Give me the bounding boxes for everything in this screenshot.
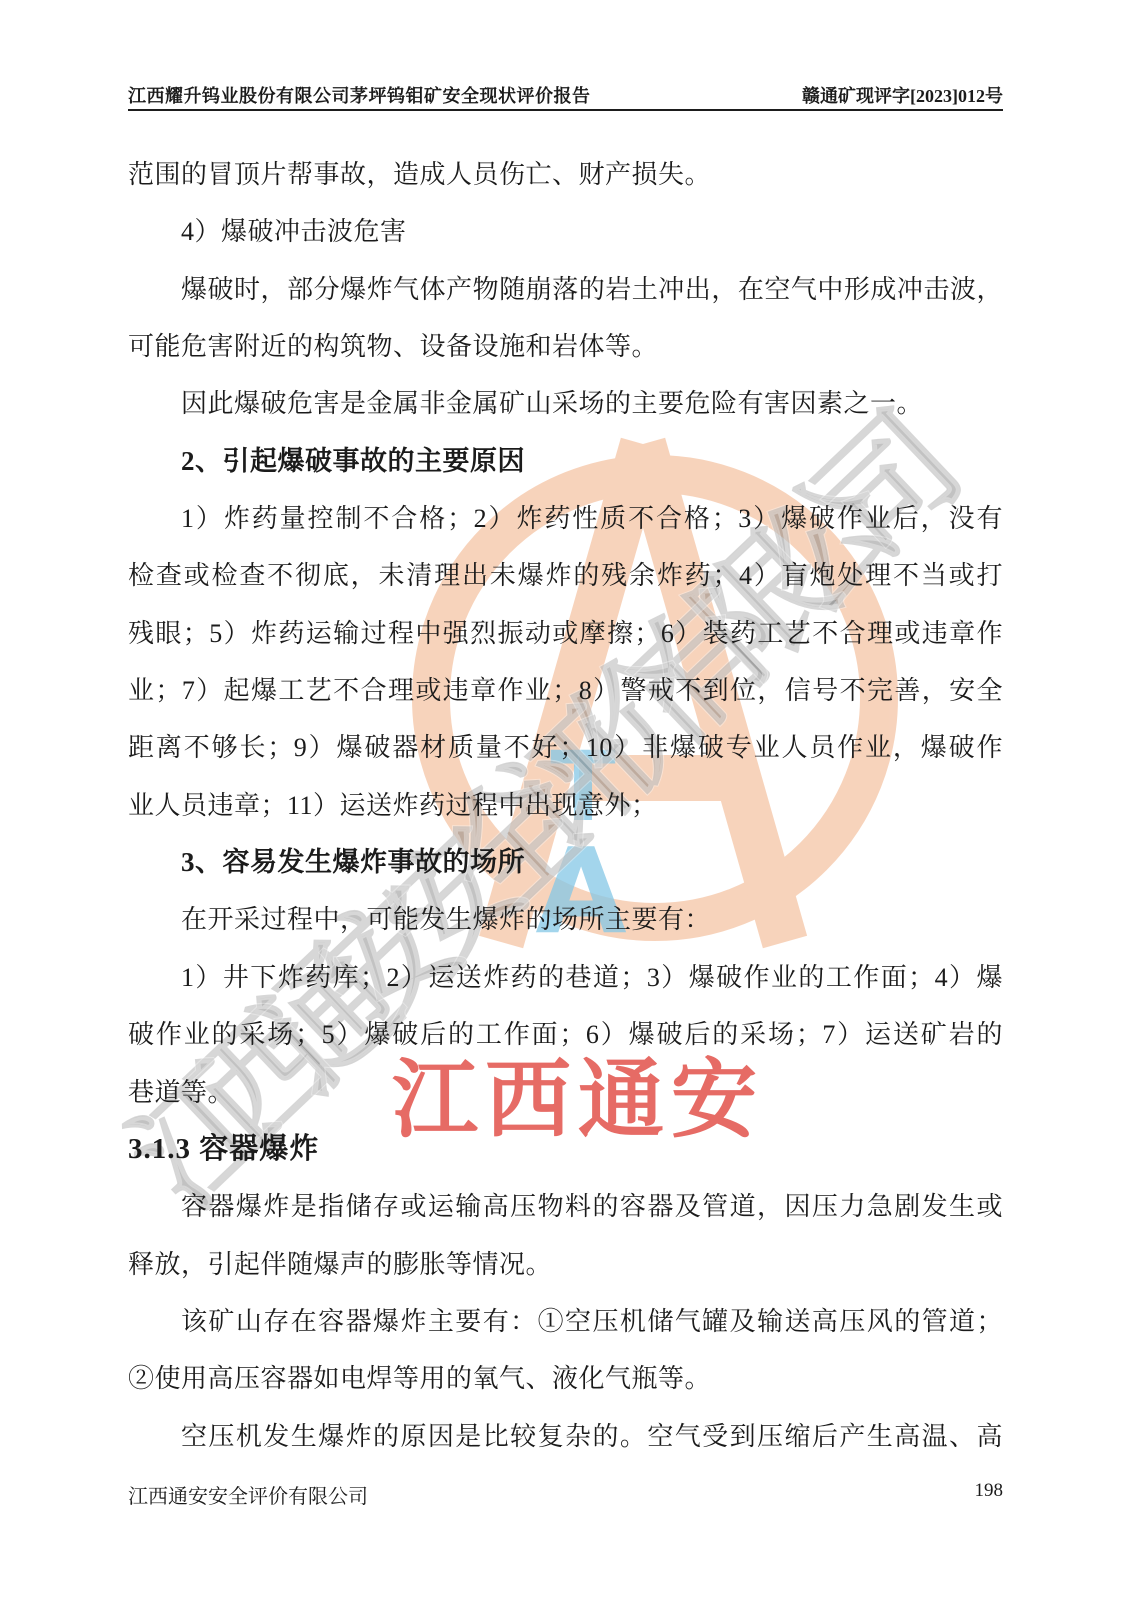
text-line: 距离不够长；9）爆破器材质量不好；10）非爆破专业人员作业，爆破作 [128,719,1003,776]
text-line: 该矿山存在容器爆炸主要有：①空压机储气罐及输送高压风的管道； [128,1293,1003,1350]
header-rule [128,109,1003,111]
text-line: 4）爆破冲击波危害 [128,203,1003,260]
text-line: 业人员违章；11）运送炸药过程中出现意外； [128,777,1003,834]
header-report-title: 江西耀升钨业股份有限公司茅坪钨钼矿安全现状评价报告 [128,82,591,108]
text-line: 可能危害附近的构筑物、设备设施和岩体等。 [128,318,1003,375]
text-line: 爆破时，部分爆炸气体产物随崩落的岩土冲出，在空气中形成冲击波， [128,261,1003,318]
footer-page-number: 198 [975,1480,1004,1509]
text-line: 空压机发生爆炸的原因是比较复杂的。空气受到压缩后产生高温、高 [128,1408,1003,1465]
document-page: T A 江西通安安全评价有限公司 江西通安 江西耀升钨业股份有限公司茅坪钨钼矿安… [0,0,1131,1600]
text-line: 检查或检查不彻底，未清理出未爆炸的残余炸药；4）盲炮处理不当或打 [128,547,1003,604]
text-line: 1）井下炸药库；2）运送炸药的巷道；3）爆破作业的工作面；4）爆 [128,949,1003,1006]
header-doc-number: 赣通矿现评字[2023]012号 [802,82,1003,108]
text-line: 容器爆炸是指储存或运输高压物料的容器及管道，因压力急剧发生或 [128,1178,1003,1235]
text-line: 巷道等。 [128,1064,1003,1121]
body-lines: 范围的冒顶片帮事故，造成人员伤亡、财产损失。4）爆破冲击波危害爆破时，部分爆炸气… [128,146,1003,1465]
text-line: ②使用高压容器如电焊等用的氧气、液化气瓶等。 [128,1350,1003,1407]
page-footer: 江西通安安全评价有限公司 198 [128,1480,1003,1509]
text-line: 因此爆破危害是金属非金属矿山采场的主要危险有害因素之一。 [128,375,1003,432]
text-line: 残眼；5）炸药运输过程中强烈振动或摩擦；6）装药工艺不合理或违章作 [128,605,1003,662]
text-line: 1）炸药量控制不合格；2）炸药性质不合格；3）爆破作业后，没有 [128,490,1003,547]
page-header: 江西耀升钨业股份有限公司茅坪钨钼矿安全现状评价报告 赣通矿现评字[2023]01… [128,82,1003,108]
text-line: 范围的冒顶片帮事故，造成人员伤亡、财产损失。 [128,146,1003,203]
text-line: 在开采过程中，可能发生爆炸的场所主要有： [128,891,1003,948]
heading-line: 2、引起爆破事故的主要原因 [128,433,1003,490]
heading-line: 3.1.3 容器爆炸 [128,1121,1003,1178]
text-line: 破作业的采场；5）爆破后的工作面；6）爆破后的采场；7）运送矿岩的 [128,1006,1003,1063]
text-line: 释放，引起伴随爆声的膨胀等情况。 [128,1236,1003,1293]
footer-company-name: 江西通安安全评价有限公司 [128,1480,368,1509]
heading-line: 3、容易发生爆炸事故的场所 [128,834,1003,891]
text-line: 业；7）起爆工艺不合理或违章作业；8）警戒不到位，信号不完善，安全 [128,662,1003,719]
